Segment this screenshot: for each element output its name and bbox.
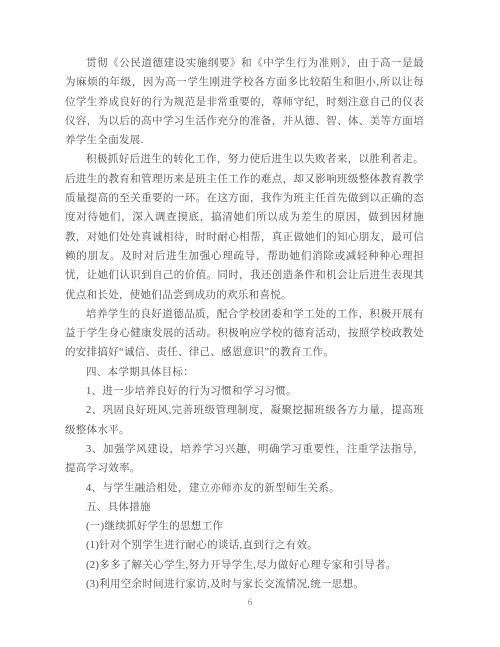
measure-item-3: (3)利用空余时间进行家访,及时与家长交流情况,统一思想。 [65,575,424,594]
goal-item-4: 4、与学生融洽相处，建立亦师亦友的新型师生关系。 [65,479,424,498]
goal-item-3: 3、加强学风建设，培养学习兴趣，明确学习重要性，注重学法指导，提高学习效率。 [65,440,424,479]
measure-item-2: (2)多多了解关心学生,努力开导学生,尽力做好心理专家和引导者。 [65,556,424,575]
para-underachiever-transformation: 积极抓好后进生的转化工作，努力使后进生以失败者来，以胜利者走。后进生的教育和管理… [65,150,424,304]
para-moral-quality-activities: 培养学生的良好道德品质，配合学校团委和学工处的工作，积极开展有益于学生身心健康发… [65,305,424,363]
para-moral-conduct-education: 贯彻《公民道德建设实施纲要》和《中学生行为准则》，由于高一是最为麻烦的年级，因为… [65,54,424,150]
heading-term-goals: 四、本学期具体目标： [65,363,424,382]
heading-concrete-measures: 五、具体措施 [65,498,424,517]
measure-item-1: (1)针对个别学生进行耐心的谈话,直到行之有效。 [65,536,424,555]
goal-item-1: 1、进一步培养良好的行为习惯和学习习惯。 [65,382,424,401]
page-number: 6 [0,596,500,608]
document-text-block: 贯彻《公民道德建设实施纲要》和《中学生行为准则》，由于高一是最为麻烦的年级，因为… [65,54,424,594]
document-page: 贯彻《公民道德建设实施纲要》和《中学生行为准则》，由于高一是最为麻烦的年级，因为… [0,0,500,647]
goal-item-2: 2、巩固良好班风,完善班级管理制度，凝聚挖掘班级各方力量，提高班级整体水平。 [65,401,424,440]
subheading-ideological-work: (一)继续抓好学生的思想工作 [65,517,424,536]
